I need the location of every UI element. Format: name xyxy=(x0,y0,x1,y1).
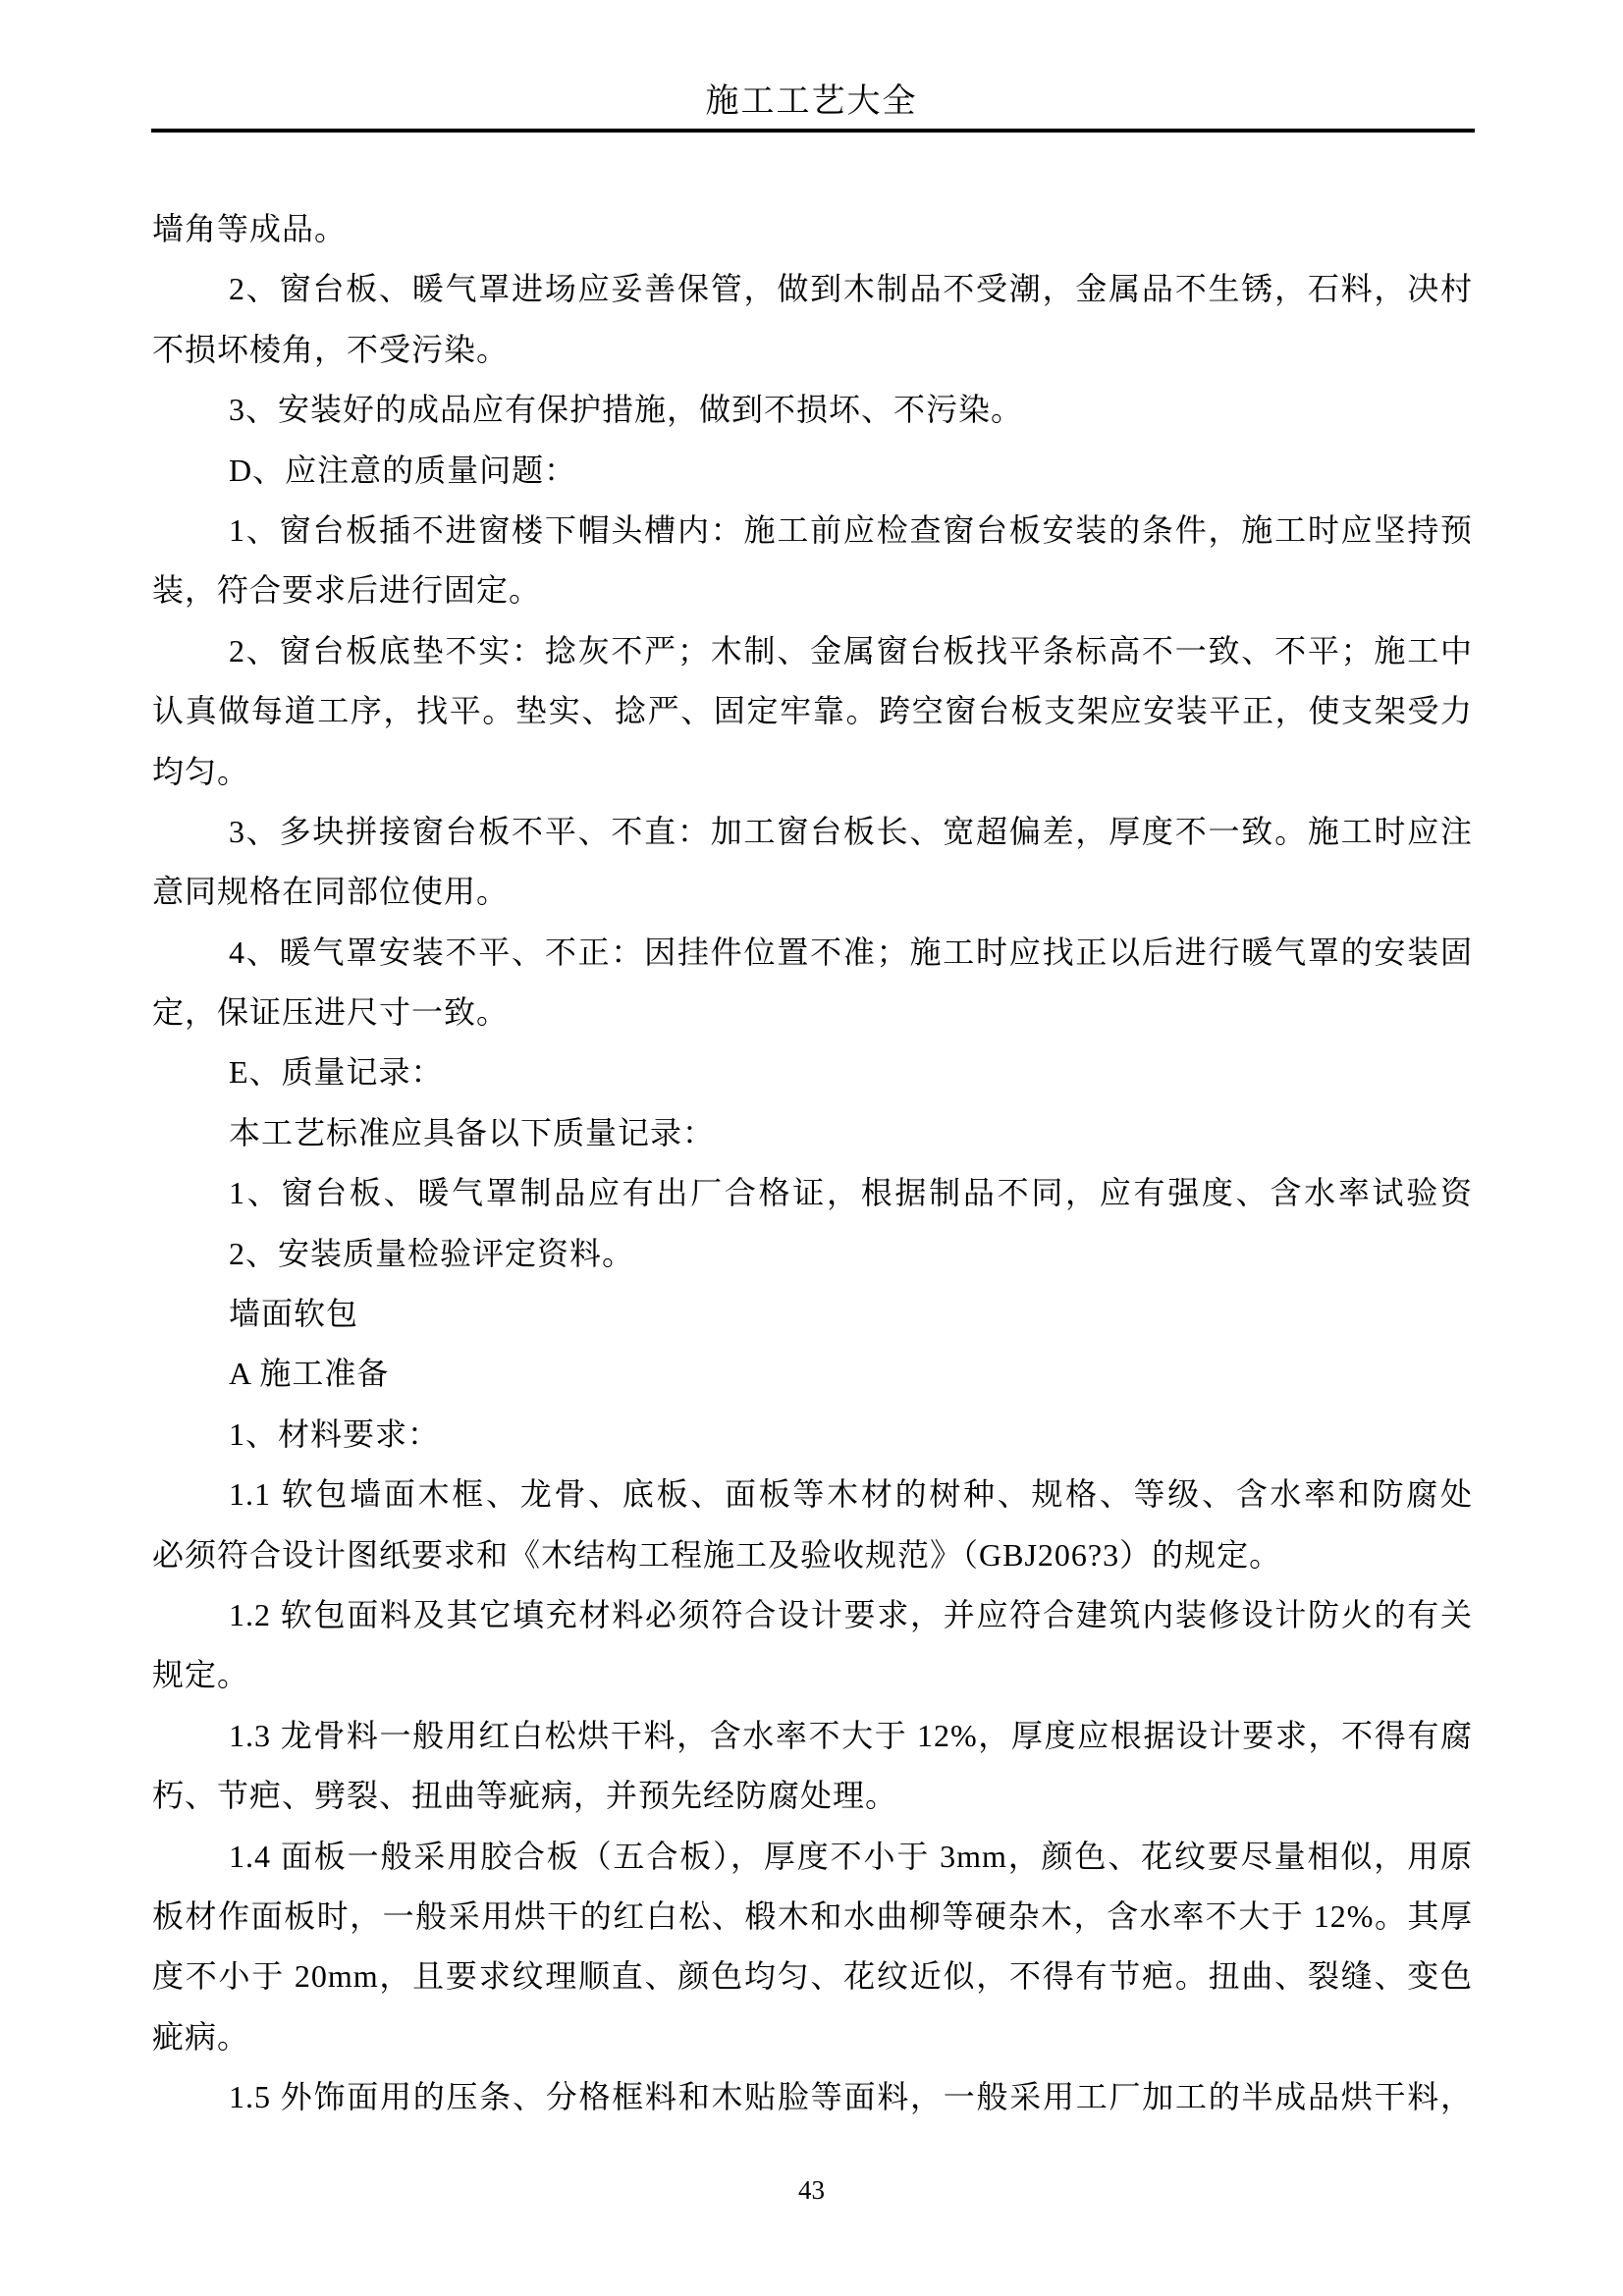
text-line: 2、窗台板底垫不实：捻灰不严；木制、金属窗台板找平条标高不一致、不平；施工中 xyxy=(152,621,1473,681)
text-line: 疵病。 xyxy=(152,2007,1473,2067)
header-divider xyxy=(151,129,1475,133)
text-line: 1.3 龙骨料一般用红白松烘干料，含水率不大于 12%，厚度应根据设计要求，不得… xyxy=(152,1706,1473,1766)
text-line: 定，保证压进尺寸一致。 xyxy=(152,983,1473,1042)
text-line: 意同规格在同部位使用。 xyxy=(152,862,1473,922)
page-number: 43 xyxy=(0,2173,1623,2207)
text-line: 朽、节疤、劈裂、扭曲等疵病，并预先经防腐处理。 xyxy=(152,1766,1473,1826)
text-line: 板材作面板时，一般采用烘干的红白松、椴木和水曲柳等硬杂木，含水率不大于 12%。… xyxy=(152,1887,1473,1947)
text-line: D、应注意的质量问题： xyxy=(152,441,1473,501)
text-line: 3、安装好的成品应有保护措施，做到不损坏、不污染。 xyxy=(152,380,1473,440)
text-line: 2、安装质量检验评定资料。 xyxy=(152,1224,1473,1284)
text-line: 2、窗台板、暖气罩进场应妥善保管，做到木制品不受潮，金属品不生锈，石料，决村 xyxy=(152,259,1473,319)
text-line: 4、暖气罩安装不平、不正：因挂件位置不准；施工时应找正以后进行暖气罩的安装固 xyxy=(152,923,1473,983)
text-line: 1、窗台板插不进窗楼下帽头槽内：施工前应检查窗台板安装的条件，施工时应坚持预 xyxy=(152,501,1473,561)
text-line: 1.1 软包墙面木框、龙骨、底板、面板等木材的树种、规格、等级、含水率和防腐处理… xyxy=(152,1465,1473,1524)
text-line: 1、材料要求： xyxy=(152,1405,1473,1465)
text-line: 认真做每道工序，找平。垫实、捻严、固定牢靠。跨空窗台板支架应安装平正，使支架受力 xyxy=(152,681,1473,741)
text-line: 必须符合设计图纸要求和《木结构工程施工及验收规范》（GBJ206?3）的规定。 xyxy=(152,1525,1473,1585)
document-header-title: 施工工艺大全 xyxy=(0,82,1623,122)
text-line: 不损坏棱角，不受污染。 xyxy=(152,320,1473,380)
text-line: 装，符合要求后进行固定。 xyxy=(152,561,1473,620)
text-line: 1.2 软包面料及其它填充材料必须符合设计要求，并应符合建筑内装修设计防火的有关 xyxy=(152,1585,1473,1645)
text-line: 规定。 xyxy=(152,1645,1473,1705)
text-line: 1.5 外饰面用的压条、分格框料和木贴脸等面料，一般采用工厂加工的半成品烘干料， xyxy=(152,2067,1473,2127)
text-line: 墙角等成品。 xyxy=(152,199,1473,259)
text-line: E、质量记录： xyxy=(152,1042,1473,1102)
text-line: 均匀。 xyxy=(152,742,1473,802)
text-line: 墙面软包 xyxy=(152,1284,1473,1344)
text-line: 度不小于 20mm，且要求纹理顺直、颜色均匀、花纹近似，不得有节疤。扭曲、裂缝、… xyxy=(152,1947,1473,2006)
document-body: 墙角等成品。2、窗台板、暖气罩进场应妥善保管，做到木制品不受潮，金属品不生锈，石… xyxy=(152,199,1473,2128)
text-line: 本工艺标准应具备以下质量记录： xyxy=(152,1103,1473,1163)
text-line: 1、窗台板、暖气罩制品应有出厂合格证，根据制品不同，应有强度、含水率试验资料。 xyxy=(152,1163,1473,1223)
text-line: 3、多块拼接窗台板不平、不直：加工窗台板长、宽超偏差，厚度不一致。施工时应注 xyxy=(152,802,1473,862)
text-line: A 施工准备 xyxy=(152,1344,1473,1404)
text-line: 1.4 面板一般采用胶合板（五合板），厚度不小于 3mm，颜色、花纹要尽量相似，… xyxy=(152,1827,1473,1887)
document-page: 施工工艺大全 墙角等成品。2、窗台板、暖气罩进场应妥善保管，做到木制品不受潮，金… xyxy=(0,0,1623,2296)
